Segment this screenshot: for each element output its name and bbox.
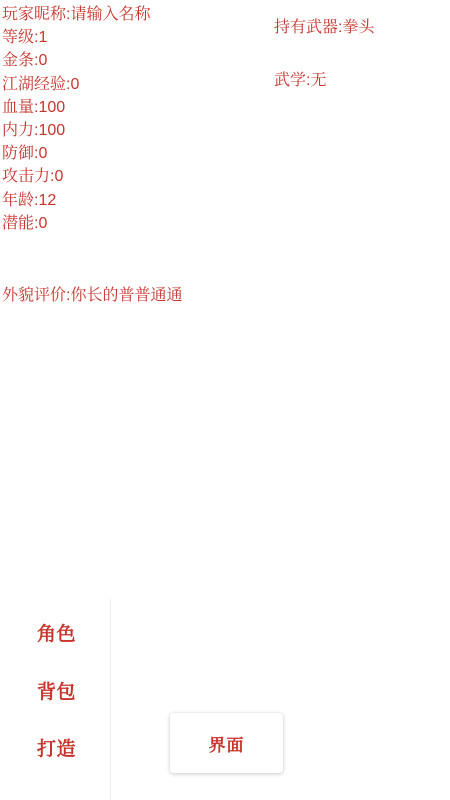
stat-line-age: 年龄:12	[2, 189, 150, 212]
martial-arts-label: 武学:无	[274, 67, 326, 90]
stat-line-nickname[interactable]: 玩家昵称:请输入名称	[2, 3, 150, 26]
stat-line-level: 等级:1	[2, 26, 150, 49]
stat-line-gold: 金条:0	[2, 49, 150, 72]
player-stats-panel: 玩家昵称:请输入名称 等级:1 金条:0 江湖经验:0 血量:100 内力:10…	[2, 3, 150, 235]
stat-line-potential: 潜能:0	[2, 212, 150, 235]
appearance-evaluation-label: 外貌评价:你长的普普通通	[2, 282, 182, 305]
stat-line-experience: 江湖经验:0	[2, 73, 150, 96]
stat-line-mp: 内力:100	[2, 119, 150, 142]
stat-line-defense: 防御:0	[2, 142, 150, 165]
nav-item-backpack[interactable]: 背包	[37, 677, 76, 704]
interface-button[interactable]: 界面	[170, 713, 283, 773]
weapon-held-label: 持有武器:拳头	[274, 14, 374, 37]
stat-line-hp: 血量:100	[2, 96, 150, 119]
nav-divider	[110, 599, 111, 800]
nav-item-character[interactable]: 角色	[37, 619, 76, 646]
game-screen: 玩家昵称:请输入名称 等级:1 金条:0 江湖经验:0 血量:100 内力:10…	[0, 0, 450, 800]
nav-item-forge[interactable]: 打造	[37, 734, 76, 761]
stat-line-attack: 攻击力:0	[2, 165, 150, 188]
